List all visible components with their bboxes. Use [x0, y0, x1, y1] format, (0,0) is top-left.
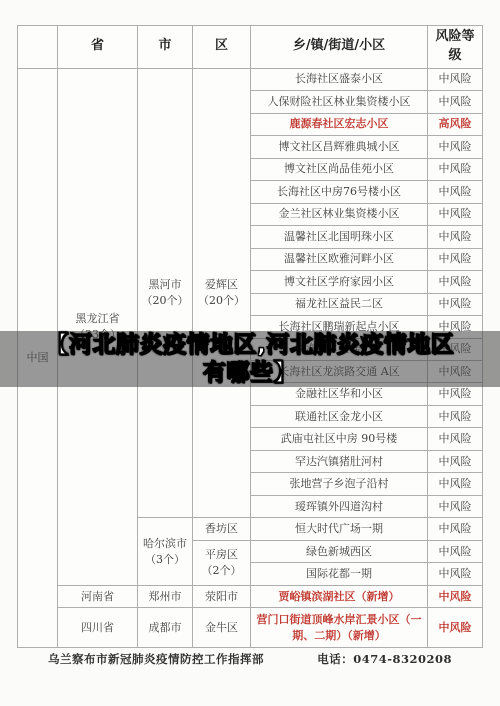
footer-phone: 电话：0474-8320208 [317, 651, 452, 667]
cell: 中风险 [428, 68, 483, 90]
cell: 中风险 [428, 450, 483, 472]
cell: 中风险 [428, 428, 483, 450]
cell: 营门口街道顶峰水岸汇景小区（一期、二期）（新增） [251, 608, 428, 648]
city-cell: 哈尔滨市 （3个） [138, 518, 193, 585]
cell: 博文社区昌辉雅典城小区 [251, 136, 428, 158]
district-cell: 平房区 （2个） [193, 540, 251, 585]
district-cell: 荥阳市 [193, 585, 251, 607]
cell: 福龙社区益民二区 [251, 293, 428, 315]
watermark-caption: 【河北肺炎疫情地区,河北肺炎疫情地区有哪些】 [0, 331, 500, 387]
city-cell: 郑州市 [138, 585, 193, 607]
cell: 中风险 [428, 518, 483, 540]
cell: 长海社区盛泰小区 [251, 68, 428, 90]
cell: 中风险 [428, 271, 483, 293]
column-header: 风险等级 [428, 26, 483, 69]
table-row: 中国黑龙江省 （23个）黑河市 （20个）爱辉区 （20个）长海社区盛泰小区中风… [18, 68, 483, 90]
cell: 温馨社区欧雅河畔小区 [251, 248, 428, 270]
city-cell: 成都市 [138, 608, 193, 648]
cell: 博文社区尚品佳苑小区 [251, 158, 428, 180]
cell: 中风险 [428, 136, 483, 158]
cell: 国际花都一期 [251, 563, 428, 585]
cell: 温馨社区北国明珠小区 [251, 226, 428, 248]
cell: 中风险 [428, 203, 483, 225]
cell: 中风险 [428, 495, 483, 517]
cell: 中风险 [428, 91, 483, 113]
cell: 绿色新城西区 [251, 540, 428, 562]
column-header: 省 [58, 26, 138, 69]
cell: 中风险 [428, 181, 483, 203]
cell: 罕达汽镇猪肚河村 [251, 450, 428, 472]
document-page: 省市区乡/镇/街道/小区风险等级 中国黑龙江省 （23个）黑河市 （20个）爱辉… [0, 0, 500, 706]
cell: 瑷珲镇外四道沟村 [251, 495, 428, 517]
cell: 恒大时代广场一期 [251, 518, 428, 540]
table-header-row: 省市区乡/镇/街道/小区风险等级 [18, 26, 483, 69]
watermark-banner: 【河北肺炎疫情地区,河北肺炎疫情地区有哪些】 [0, 331, 500, 387]
cell: 鹿源春社区宏志小区 [251, 113, 428, 135]
city-cell: 黑河市 （20个） [138, 68, 193, 518]
cell: 中风险 [428, 540, 483, 562]
district-cell: 金牛区 [193, 608, 251, 648]
province-cell: 河南省 [58, 585, 138, 607]
cell: 人保财险社区林业集资楼小区 [251, 91, 428, 113]
table-row: 河南省郑州市荥阳市贾峪镇滨湖社区（新增）中风险 [18, 585, 483, 607]
cell: 中风险 [428, 293, 483, 315]
cell: 中风险 [428, 585, 483, 607]
cell: 联通社区金龙小区 [251, 405, 428, 427]
cell: 博文社区学府家园小区 [251, 271, 428, 293]
cell: 中风险 [428, 226, 483, 248]
column-header: 乡/镇/街道/小区 [251, 26, 428, 69]
column-header-empty [18, 26, 58, 69]
district-cell: 香坊区 [193, 518, 251, 540]
cell: 中风险 [428, 608, 483, 648]
province-cell: 黑龙江省 （23个） [58, 68, 138, 585]
footer: 乌兰察布市新冠肺炎疫情防控工作指挥部 电话：0474-8320208 [0, 651, 500, 667]
cell: 高风险 [428, 113, 483, 135]
column-header: 区 [193, 26, 251, 69]
cell: 中风险 [428, 248, 483, 270]
province-cell: 四川省 [58, 608, 138, 648]
cell: 中风险 [428, 563, 483, 585]
district-cell: 爱辉区 （20个） [193, 68, 251, 518]
cell: 中风险 [428, 158, 483, 180]
cell: 中风险 [428, 405, 483, 427]
cell: 长海社区中房76号楼小区 [251, 181, 428, 203]
cell: 金兰社区林业集资楼小区 [251, 203, 428, 225]
table-row: 四川省成都市金牛区营门口街道顶峰水岸汇景小区（一期、二期）（新增）中风险 [18, 608, 483, 648]
cell: 武庙屯社区中房 90号楼 [251, 428, 428, 450]
cell: 贾峪镇滨湖社区（新增） [251, 585, 428, 607]
cell: 中风险 [428, 473, 483, 495]
column-header: 市 [138, 26, 193, 69]
footer-issuer: 乌兰察布市新冠肺炎疫情防控工作指挥部 [48, 651, 264, 667]
cell: 张地营子乡泡子沿村 [251, 473, 428, 495]
